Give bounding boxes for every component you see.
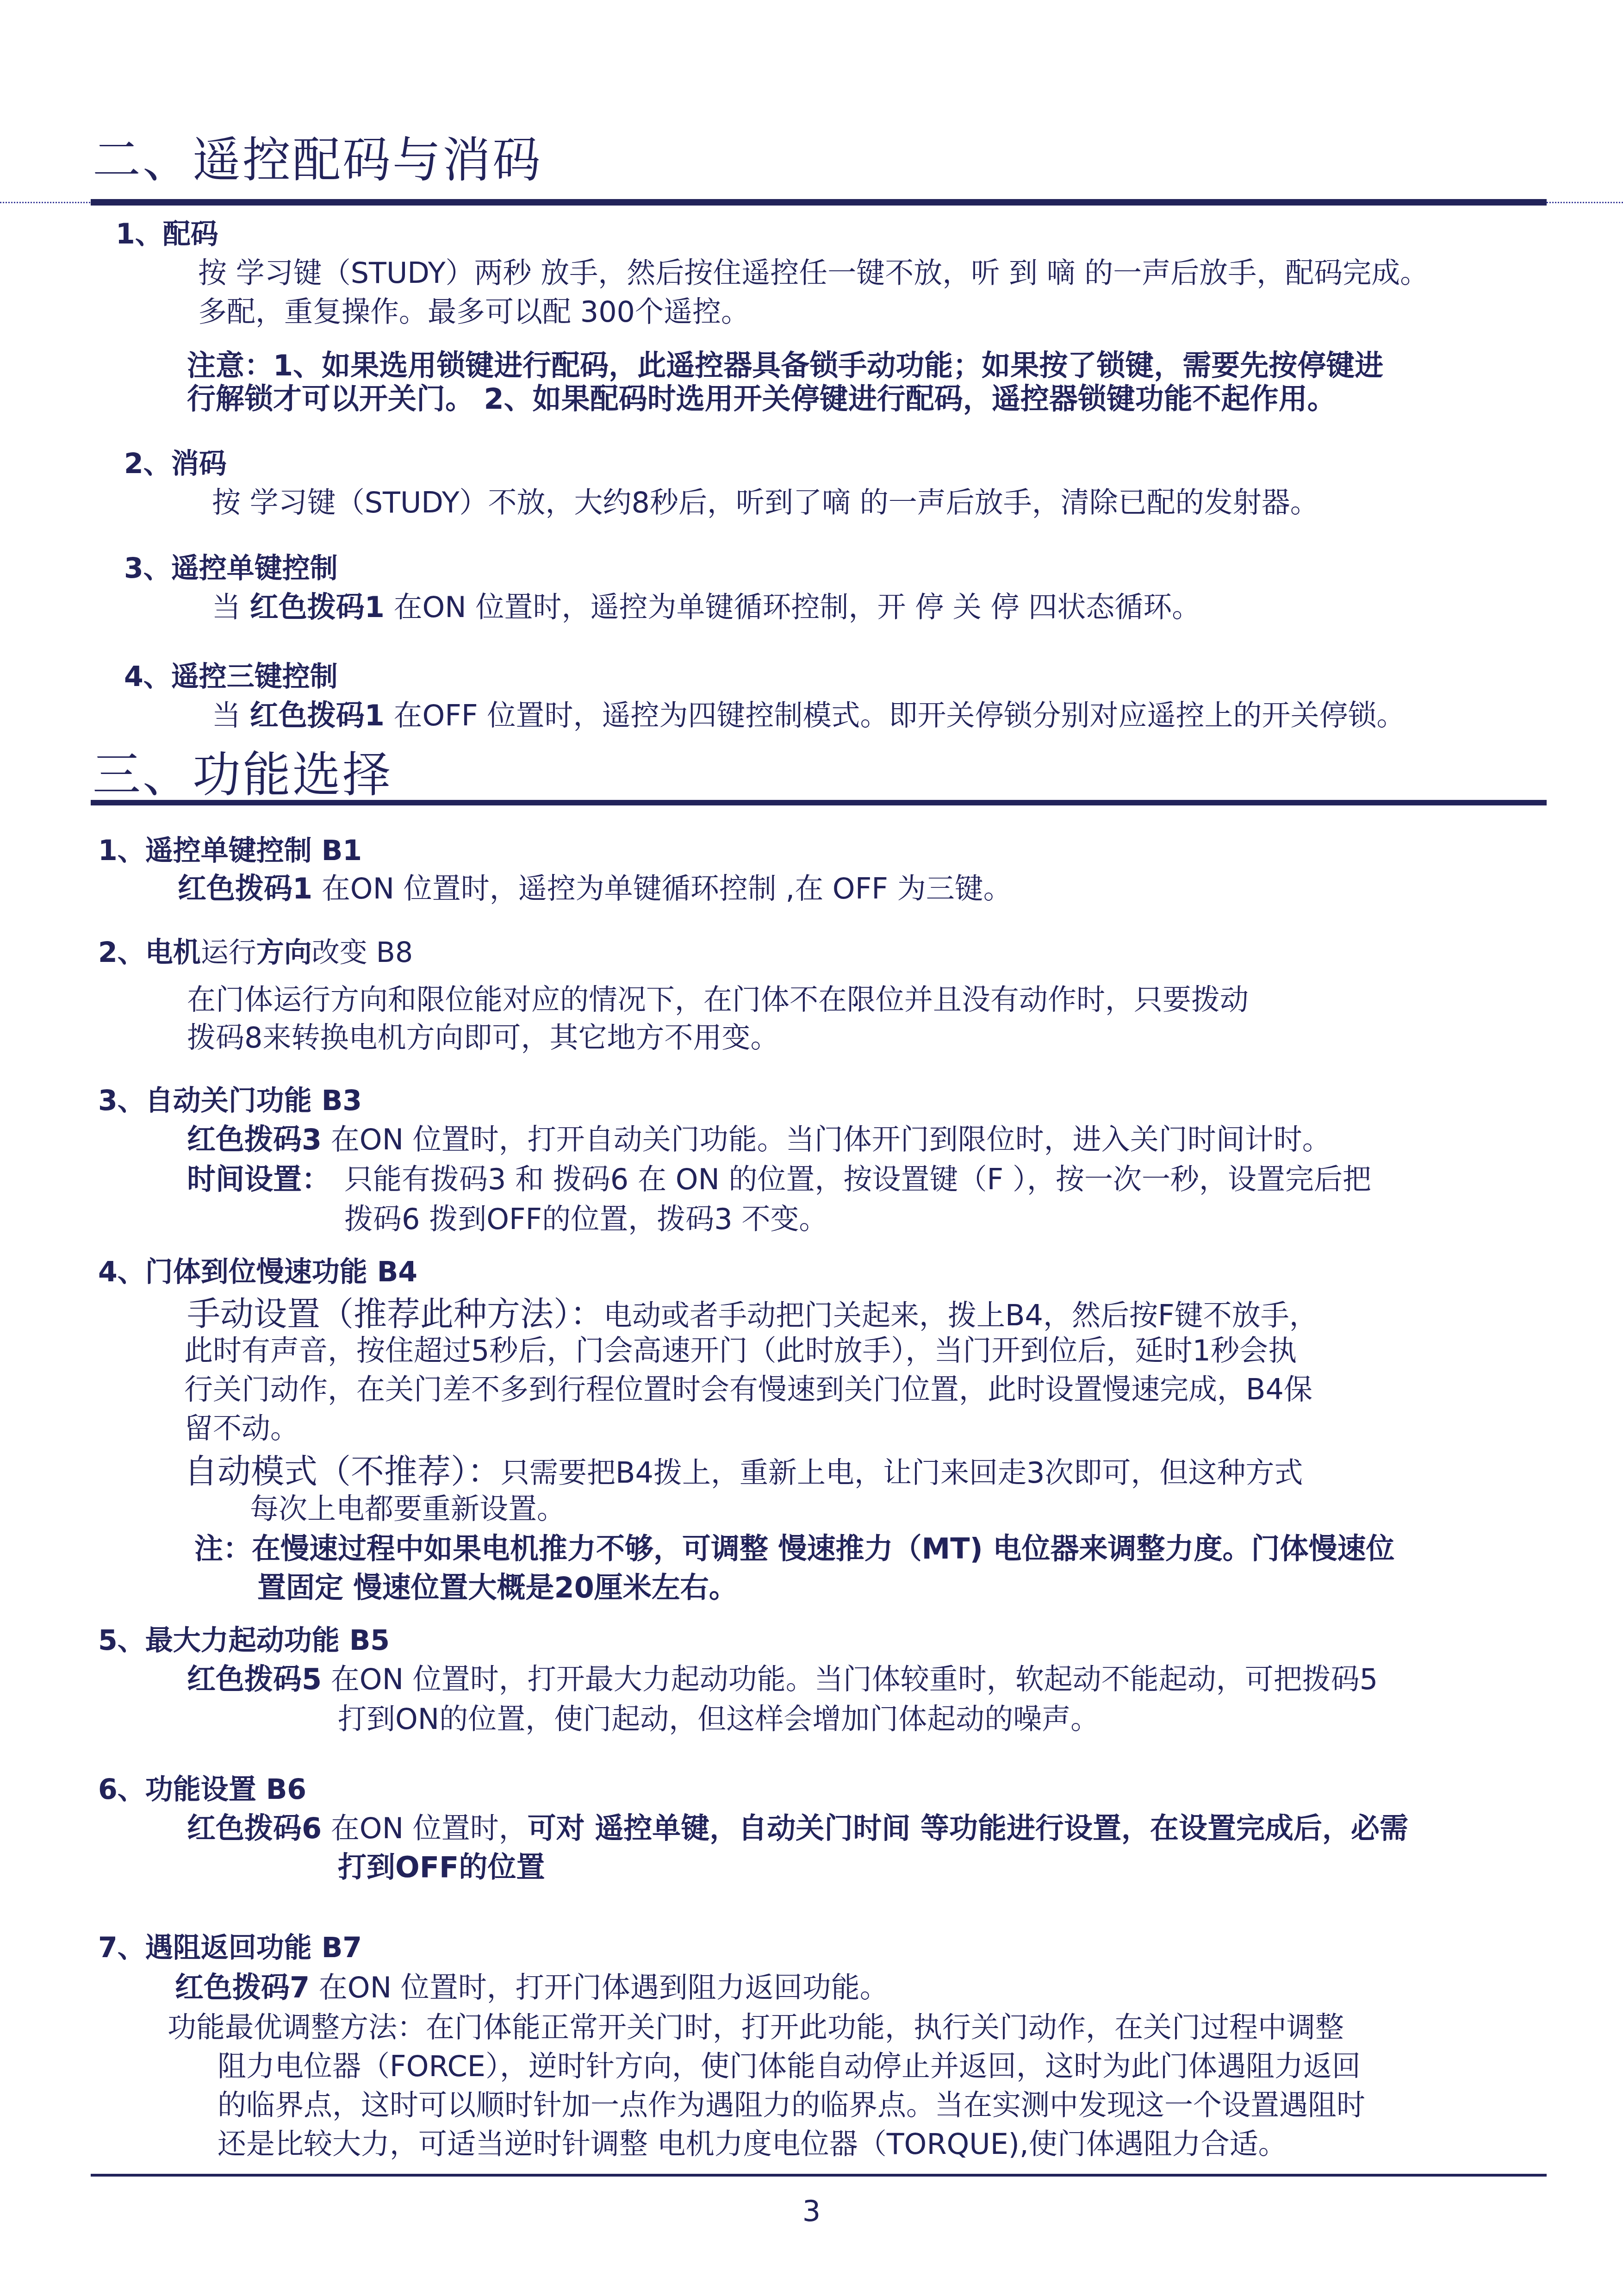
body-line: 拨码8来转换电机方向即可，其它地方不用变。 bbox=[187, 1015, 779, 1056]
body-line: 红色拨码7 在ON 位置时，打开门体遇到阻力返回功能。 bbox=[175, 1965, 889, 2006]
body-line: 红色拨码6 在ON 位置时，可对 遥控单键，自动关门时间 等功能进行设置，在设置… bbox=[187, 1805, 1408, 1847]
section-2-title: 二、遥控配码与消码 bbox=[93, 121, 542, 191]
body-line: 打到OFF的位置 bbox=[338, 1844, 545, 1885]
text: 2、电机 bbox=[98, 936, 201, 969]
body-line: 留不动。 bbox=[184, 1405, 299, 1447]
text: 在ON 位置时，遥控为单键循环控制，开 停 关 停 四状态循环。 bbox=[385, 590, 1200, 624]
body-line: 此时有声音，按住超过5秒后，门会高速开门（此时放手），当门开到位后，延时1秒会执 bbox=[184, 1328, 1297, 1369]
note-line: 注：在慢速过程中如果电机推力不够，可调整 慢速推力（MT) 电位器来调整力度。门… bbox=[194, 1526, 1395, 1567]
body-line: 自动模式（不推荐）：只需要把B4拨上，重新上电，让门来回走3次即可，但这种方式 bbox=[184, 1444, 1303, 1492]
body-line: 功能最优调整方法：在门体能正常开关门时，打开此功能，执行关门动作，在关门过程中调… bbox=[168, 2004, 1344, 2046]
section-3-title: 三、功能选择 bbox=[93, 736, 392, 805]
dip-switch-label: 红色拨码1 bbox=[250, 699, 385, 732]
text: 可对 遥控单键，自动关门时间 等功能进行设置，在设置完成后，必需 bbox=[528, 1811, 1408, 1845]
item-heading: 1、配码 bbox=[116, 212, 218, 252]
body-line: 的临界点，这时可以顺时针加一点作为遇阻力的临界点。当在实测中发现这一个设置遇阻时 bbox=[218, 2082, 1365, 2123]
note-line: 行解锁才可以开关门。 2、如果配码时选用开关停键进行配码，遥控器锁键功能不起作用… bbox=[187, 376, 1336, 417]
text: 在ON 位置时，打开最大力起动功能。当门体较重时，软起动不能起动，可把拨码5 bbox=[322, 1662, 1378, 1696]
dip-switch-label: 红色拨码6 bbox=[187, 1811, 322, 1845]
body-line: 按 学习键（STUDY）两秒 放手，然后按住遥控任一键不放，听 到 嘀 的一声后… bbox=[198, 250, 1429, 291]
body-line: 在门体运行方向和限位能对应的情况下，在门体不在限位并且没有动作时，只要拨动 bbox=[187, 977, 1249, 1018]
body-line: 每次上电都要重新设置。 bbox=[250, 1486, 566, 1527]
dip-switch-label: 红色拨码5 bbox=[187, 1662, 322, 1696]
dip-switch-label: 红色拨码3 bbox=[187, 1123, 322, 1156]
text: 运行 bbox=[201, 936, 256, 969]
body-line: 当 红色拨码1 在OFF 位置时，遥控为四键控制模式。即开关停锁分别对应遥控上的… bbox=[212, 693, 1405, 734]
time-setting-label: 时间设置： bbox=[187, 1156, 330, 1198]
body-line: 多配，重复操作。最多可以配 300个遥控。 bbox=[198, 289, 750, 330]
section-3-rule bbox=[91, 800, 1547, 805]
text: 只需要把B4拨上，重新上电，让门来回走3次即可，但这种方式 bbox=[501, 1456, 1303, 1490]
note-line: 置固定 慢速位置大概是20厘米左右。 bbox=[257, 1565, 738, 1606]
item-heading: 5、最大力起动功能 B5 bbox=[98, 1618, 390, 1658]
body-line: 拨码6 拨到OFF的位置，拨码3 不变。 bbox=[344, 1196, 827, 1237]
text: 在ON 位置时，遥控为单键循环控制 ,在 OFF 为三键。 bbox=[312, 872, 1012, 905]
text: 在ON 位置时，打开自动关门功能。当门体开门到限位时，进入关门时间计时。 bbox=[322, 1123, 1331, 1156]
body-line: 阻力电位器（FORCE），逆时针方向，使门体能自动停止并返回，这时为此门体遇阻力… bbox=[218, 2043, 1361, 2084]
dip-switch-label: 红色拨码1 bbox=[178, 872, 312, 905]
text: 在OFF 位置时，遥控为四键控制模式。即开关停锁分别对应遥控上的开关停锁。 bbox=[385, 699, 1405, 732]
item-heading: 2、消码 bbox=[124, 442, 227, 481]
dip-switch-label: 红色拨码7 bbox=[175, 1971, 310, 2004]
section-2-rule bbox=[91, 199, 1547, 206]
item-heading: 4、门体到位慢速功能 B4 bbox=[98, 1250, 417, 1290]
dip-switch-label: 红色拨码1 bbox=[250, 590, 385, 624]
body-line: 打到ON的位置，使门起动，但这样会增加门体起动的噪声。 bbox=[338, 1696, 1099, 1737]
item-heading: 3、遥控单键控制 bbox=[124, 546, 338, 586]
item-heading: 1、遥控单键控制 B1 bbox=[98, 829, 362, 868]
footer-rule bbox=[91, 2174, 1547, 2177]
text: 在ON 位置时，打开门体遇到阻力返回功能。 bbox=[310, 1971, 889, 2004]
text: 改变 B8 bbox=[312, 936, 413, 969]
item-heading: 4、遥控三键控制 bbox=[124, 655, 338, 694]
body-line: 行关门动作，在关门差不多到行程位置时会有慢速到关门位置，此时设置慢速完成，B4保 bbox=[184, 1366, 1312, 1408]
text: 当 bbox=[212, 699, 250, 732]
text: 在ON 位置时， bbox=[322, 1811, 528, 1845]
body-line: 红色拨码3 在ON 位置时，打开自动关门功能。当门体开门到限位时，进入关门时间计… bbox=[187, 1117, 1331, 1158]
body-line: 按 学习键（STUDY）不放，大约8秒后，听到了嘀 的一声后放手，清除已配的发射… bbox=[212, 480, 1319, 521]
body-line: 只能有拨码3 和 拨码6 在 ON 的位置，按设置键（F ），按一次一秒，设置完… bbox=[344, 1156, 1371, 1198]
item-heading: 3、自动关门功能 B3 bbox=[98, 1079, 362, 1118]
item-heading: 6、功能设置 B6 bbox=[98, 1767, 306, 1807]
page-number: 3 bbox=[0, 2194, 1623, 2228]
body-line: 红色拨码5 在ON 位置时，打开最大力起动功能。当门体较重时，软起动不能起动，可… bbox=[187, 1656, 1378, 1697]
item-heading: 2、电机运行方向改变 B8 bbox=[98, 930, 413, 970]
body-line: 当 红色拨码1 在ON 位置时，遥控为单键循环控制，开 停 关 停 四状态循环。 bbox=[212, 584, 1200, 625]
body-line: 还是比较大力，可适当逆时针调整 电机力度电位器（TORQUE),使门体遇阻力合适… bbox=[218, 2121, 1287, 2162]
text: 方向 bbox=[256, 936, 312, 969]
item-heading: 7、遇阻返回功能 B7 bbox=[98, 1926, 362, 1965]
auto-mode-label: 自动模式（不推荐）： bbox=[184, 1452, 501, 1491]
body-line: 红色拨码1 在ON 位置时，遥控为单键循环控制 ,在 OFF 为三键。 bbox=[178, 866, 1012, 907]
text: 当 bbox=[212, 590, 250, 624]
